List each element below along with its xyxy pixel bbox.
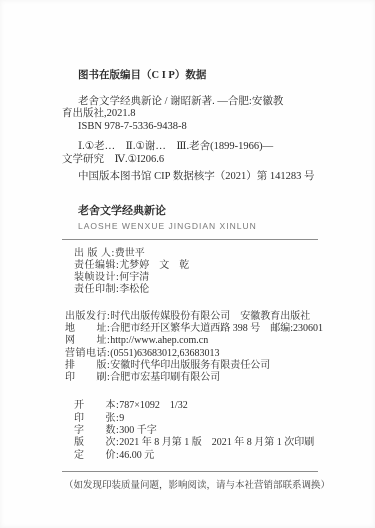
quality-exchange-note: （如发现印装质量问题，影响阅读，请与本社营销部联系调换） xyxy=(62,480,324,493)
row-value: 何宇清 xyxy=(119,272,149,283)
row-value: 尤梦婷 文 乾 xyxy=(119,260,189,271)
row-label: 地 址: xyxy=(65,323,110,334)
book-title-cn: 老舍文学经典新论 xyxy=(62,205,324,218)
spec-row: 字 数:300 千字 xyxy=(62,425,324,437)
row-label: 出版发行: xyxy=(65,311,110,322)
row-label: 网 址: xyxy=(65,335,110,346)
row-label: 字 数: xyxy=(74,425,119,436)
row-label: 印 刷: xyxy=(65,372,110,383)
cip-record-line1: 老舍文学经典新论 / 谢昭新著. —合肥:安徽教 xyxy=(62,96,324,109)
row-value: 合肥市宏基印刷有限公司 xyxy=(110,372,220,383)
publisher-row: 网 址:http://www.ahep.com.cn xyxy=(62,335,324,347)
spec-row: 版 次:2021 年 8 月第 1 版 2021 年 8 月第 1 次印刷 xyxy=(62,437,324,449)
colophon-row: 装帧设计:何宇清 xyxy=(62,272,324,284)
row-label: 出 版 人: xyxy=(74,248,115,259)
row-label: 开 本: xyxy=(74,400,119,411)
isbn-line: ISBN 978-7-5336-9438-8 xyxy=(62,121,324,134)
row-value: 安徽时代华印出版服务有限责任公司 xyxy=(110,360,270,371)
page-content: 图书在版编目（C I P）数据 老舍文学经典新论 / 谢昭新著. —合肥:安徽教… xyxy=(62,70,324,492)
colophon-block: 出 版 人:费世平 责任编辑:尤梦婷 文 乾 装帧设计:何宇清 责任印制:李松伦 xyxy=(62,248,324,297)
row-label: 定 价: xyxy=(74,450,119,461)
row-value: 787×1092 1/32 xyxy=(119,400,187,411)
row-value: 费世平 xyxy=(115,248,145,259)
row-value: 时代出版传媒股份有限公司 安徽教育出版社 xyxy=(110,311,310,322)
row-value: 李松伦 xyxy=(119,284,149,295)
row-label: 版 次: xyxy=(74,437,119,448)
row-value: 46.00 元 xyxy=(119,450,154,461)
row-label: 装帧设计: xyxy=(74,272,119,283)
cip-registry-number: 中国版本图书馆 CIP 数据核字（2021）第 141283 号 xyxy=(62,171,324,184)
colophon-row: 责任编辑:尤梦婷 文 乾 xyxy=(62,260,324,272)
divider-line-bottom xyxy=(62,471,318,472)
row-label: 责任印制: xyxy=(74,284,119,295)
classification-line2: 文学研究 Ⅳ.①I206.6 xyxy=(62,154,324,167)
row-value: http://www.ahep.com.cn xyxy=(110,335,208,346)
row-label: 排 版: xyxy=(65,360,110,371)
cip-record-line2: 育出版社,2021.8 xyxy=(62,108,324,121)
copyright-page: 图书在版编目（C I P）数据 老舍文学经典新论 / 谢昭新著. —合肥:安徽教… xyxy=(0,0,375,528)
publisher-row: 印 刷:合肥市宏基印刷有限公司 xyxy=(62,372,324,384)
specs-block: 开 本:787×1092 1/32 印 张:9 字 数:300 千字 版 次:2… xyxy=(62,400,324,461)
publisher-row: 出版发行:时代出版传媒股份有限公司 安徽教育出版社 xyxy=(62,311,324,323)
row-value: 2021 年 8 月第 1 版 2021 年 8 月第 1 次印刷 xyxy=(119,437,314,448)
spec-row: 定 价:46.00 元 xyxy=(62,450,324,462)
divider-line-top xyxy=(62,239,318,240)
row-value: 9 xyxy=(119,413,124,424)
spec-row: 印 张:9 xyxy=(62,413,324,425)
publisher-block: 出版发行:时代出版传媒股份有限公司 安徽教育出版社 地 址:合肥市经开区繁华大道… xyxy=(62,311,324,385)
book-title-pinyin: LAOSHE WENXUE JINGDIAN XINLUN xyxy=(62,220,324,233)
colophon-row: 责任印制:李松伦 xyxy=(62,284,324,296)
publisher-row: 地 址:合肥市经开区繁华大道西路 398 号 邮编:230601 xyxy=(62,323,324,335)
row-value: 合肥市经开区繁华大道西路 398 号 邮编:230601 xyxy=(110,323,323,334)
row-value: (0551)63683012,63683013 xyxy=(110,348,219,359)
publisher-row: 营销电话:(0551)63683012,63683013 xyxy=(62,348,324,360)
row-label: 印 张: xyxy=(74,413,119,424)
publisher-row: 排 版:安徽时代华印出版服务有限责任公司 xyxy=(62,360,324,372)
row-label: 营销电话: xyxy=(65,348,110,359)
classification-line1: Ⅰ.①老… Ⅱ.①谢… Ⅲ.老舍(1899-1966)— xyxy=(62,141,324,154)
cip-classification: Ⅰ.①老… Ⅱ.①谢… Ⅲ.老舍(1899-1966)— 文学研究 Ⅳ.①I20… xyxy=(62,141,324,166)
row-value: 300 千字 xyxy=(119,425,157,436)
cip-header: 图书在版编目（C I P）数据 xyxy=(62,70,324,83)
spec-row: 开 本:787×1092 1/32 xyxy=(62,400,324,412)
colophon-row: 出 版 人:费世平 xyxy=(62,248,324,260)
row-label: 责任编辑: xyxy=(74,260,119,271)
